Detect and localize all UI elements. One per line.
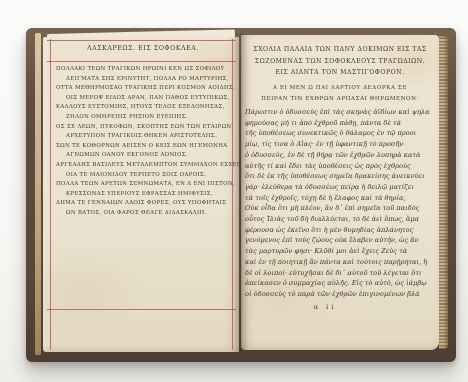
scholia-text: Πάρεστιν ὁ ὀδυσσεὺς ἐπὶ τὰς σκηνὰς ἀϊδίω… xyxy=(245,107,436,300)
scholia-line: οὗτος Ἰλιὰς τοῦ δὴ διαλλύεται, τὸ δὲ ἀεὶ… xyxy=(245,214,436,225)
poem-line: ΚΡΕΣΣΟΝΑΣ ΥΠΕΡΙΟΥΣ ΕΦΡΑΣΣΑΣ ΗΜΙΦΥΣΙΣ, xyxy=(56,190,234,200)
right-page: ΣΧΟΛΙΑ ΠΑΛΑΙΑ ΤΩΝ ΠΑΝΥ ΔΟΚΙΜΩΝ ΕΙΣ ΤΑΣΣΩ… xyxy=(241,35,439,350)
photo-backdrop: ΛΑΣΚΑΡΕΩΣ. ΕΙΣ ΣΟΦΟΚΛΕΑ. ΠΟΛΛΑΚΙ ΤΕΩΝ ΤΡ… xyxy=(0,0,468,382)
ruling-left-margin-line xyxy=(50,39,51,350)
poem-line: ΟΙΑ ΤΕ ΜΑΙΟΝΙΔΟΥ ΤΕΡΠΕΤΟ ΣΟΙΣ ΟΑΡΟΙΣ. xyxy=(56,171,234,181)
poem-line: ΑΓΝΩΜΩΝ ΟΑΝΟΥ ΕΚΓΟΝΟΣ ΑΟΝΙΟΣ. xyxy=(56,151,234,161)
poem-line: ΖΗΛΟΝ ΟΜΗΡΕΙΗΣ ΡΗΞΙΟΝ ΕΥΕΠΙΗΣ. xyxy=(56,113,234,123)
poem-line: ΠΟΛΛΑΚΙ ΤΕΩΝ ΤΡΑΓΙΚΩΝ ΗΡΩΙΝΙ ΚΕΝ ΩΣ ΣΟΦΙ… xyxy=(56,65,234,75)
poem-line: ΔΗΜΑ ΤΕ ΓΕΝΝΑΙΩΝ ΛΑΟΙΣ ΦΟΡΕΣ, ΟΥΣ ΥΠΟΦΗΤ… xyxy=(56,199,234,209)
scholia-line: δὲ οἱ λοιποί· εὐτυχῆσαι δὲ δι᾽ αὐτοῦ τοῦ… xyxy=(245,268,436,279)
poem-line: ΣΩΝ ΤΕ ΚΟΘΟΡΝΩΝ ΑΕΙΣΕΝ Ο ΚΕΙΣ ΕΩΝ ΗΓΕΜΟΝ… xyxy=(56,142,234,152)
ruling-top-line xyxy=(47,40,236,41)
scholia-line: ἀπείκασεν ὁ συμμαχίας αὐλῆς. Εἰς τὸ αὐτὸ… xyxy=(245,278,436,289)
epigram-poem: ΠΟΛΛΑΚΙ ΤΕΩΝ ΤΡΑΓΙΚΩΝ ΗΡΩΙΝΙ ΚΕΝ ΩΣ ΣΟΦΙ… xyxy=(56,65,234,219)
scholia-line: τὰ τοῖς ἐχθροῖς, τύχῃ δὲ ἡ ἔλαφος καὶ τὰ… xyxy=(245,193,436,204)
ruling-heading-line xyxy=(47,61,236,62)
signature-mark: α ii xyxy=(241,303,409,311)
scholia-title-line: ΕΙΣ ΑΙΑΝΤΑ ΤΟΝ ΜΑΣΤΙΓΟΦΟΡΟΝ. xyxy=(247,67,433,79)
lemma-line: ΠΕΙΡΑΝ ΤΙΝ ΕΧΘΡΩΝ ΑΡΠΑΣΑΙ ΘΗΡΩΜΕΝΟΝ· xyxy=(251,94,429,105)
lemma-line: Α ΕΙ ΜΕΝ Ω ΠΑΙ ΛΑΡΤΙΟΥ ΔΕΔΟΡΚΑ ΣΕ xyxy=(251,83,429,94)
scholia-line: Οὐκ οἶδα ὅτι μὴ πλέον, ἂν δ᾽ ἐπὶ σημεῖα … xyxy=(245,203,436,214)
scholia-line: γενόμενος ἐπὶ τοὺς ζῴους οὐκ ἔλαβεν αὐτή… xyxy=(245,235,436,246)
poem-line: ΠΟΛΛΑ ΤΕΩΝ ΑΡΕΤΩΝ ΣΕΜΝΩΜΑΤΑ, ΕΝ Δ ΕΝΙ ΠΙ… xyxy=(56,180,234,190)
poem-line: ΚΑΛΛΟΥΣ ΕΥΣΤΟΜΙΗΣ, ΗΤΟΥΣ ΤΕΛΟΣ ΕΞΕΔΟΝΗΣΑ… xyxy=(56,103,234,113)
book: ΛΑΣΚΑΡΕΩΣ. ΕΙΣ ΣΟΦΟΚΛΕΑ. ΠΟΛΛΑΚΙ ΤΕΩΝ ΤΡ… xyxy=(26,28,456,362)
scholia-title-line: ΣΩΖΟΜΕΝΑΣ ΤΩΝ ΣΟΦΟΚΛΕΟΥΣ ΤΡΑΓΩΔΙΩΝ. xyxy=(247,56,433,68)
scholia-line: φημούσας μή τι ἀπὸ ἐχθροῦ πάθῃ, πάντα δὲ… xyxy=(245,118,436,129)
scholia-line: ὁ ὀδυσσεύς, ἐν δὲ τῇ θήρᾳ τῶν ἐχθρῶν λυπ… xyxy=(245,150,436,161)
scholia-line: Πάρεστιν ὁ ὀδυσσεὺς ἐπὶ τὰς σκηνὰς ἀϊδίω… xyxy=(245,107,436,118)
scholia-line: γάρ· ἐλεύθερα τὰ ὀδυσσέως πείρᾳ ἡ δειλῷ … xyxy=(245,182,436,193)
poem-line: ΑΡΓΕΑΔΗΣ ΒΑΣΙΛΕΥΣ ΜΕΤΑΛΕΜΠΤΟΝ ΣΥΜΜΑΧΟΝ Ε… xyxy=(56,161,234,171)
scholia-line: οἱ ὀδυσσεὺς τὸ παρὰ τῶν ἐχθρῶν ἐπιγινομέ… xyxy=(245,289,436,300)
poem-line: ΟΣ ΣΕ ΛΕΩΝ, ΠΥΚΟΦΩΝ, ΣΚΟΠΤΗΣ ΕΩΝ ΤΩΝ ΕΤΑ… xyxy=(56,123,234,133)
poem-line: ΟΤΤΑ ΜΕΘΗΡΜΟΣΑΟ ΤΡΑΓΙΚΗΣ ΠΕΡΙ ΚΟΣΜΟΝ ΑΟΙ… xyxy=(56,84,234,94)
scholia-line: ὅτι δὲ ἐκ τῆς ὑποθέσεως σημεῖα δρακείσης… xyxy=(245,171,436,182)
scholia-line: αὐτῆς τί καὶ ἔδει τὰς ὑποθέσεις ὡς πρὸς … xyxy=(245,161,436,172)
scholia-title-line: ΣΧΟΛΙΑ ΠΑΛΑΙΑ ΤΩΝ ΠΑΝΥ ΔΟΚΙΜΩΝ ΕΙΣ ΤΑΣ xyxy=(247,44,433,56)
ruling-bottom-line xyxy=(47,309,236,310)
poem-line: ΟΙΣ ΜΕΡΟΨ ΕΙΔΟΣ ΑΡΑΝ, ΠΑΝ ΠΑΘΟΣ ΕΥΤΥΠΙΚΩ… xyxy=(56,94,234,104)
left-page-heading: ΛΑΣΚΑΡΕΩΣ. ΕΙΣ ΣΟΦΟΚΛΕΑ. xyxy=(57,45,229,52)
poem-line: ΑΡΧΕΤΥΠΟΝ ΤΡΑΓΙΚΟΙΣ ΘΗΚΕΝ ΑΡΙΣΤΟΤΕΛΗΣ. xyxy=(56,132,234,142)
fore-edge-pages xyxy=(439,36,448,349)
scholia-title: ΣΧΟΛΙΑ ΠΑΛΑΙΑ ΤΩΝ ΠΑΝΥ ΔΟΚΙΜΩΝ ΕΙΣ ΤΑΣΣΩ… xyxy=(247,44,433,79)
ajax-lemma: Α ΕΙ ΜΕΝ Ω ΠΑΙ ΛΑΡΤΙΟΥ ΔΕΔΟΡΚΑ ΣΕΠΕΙΡΑΝ … xyxy=(251,83,429,104)
scholia-line: φέρουσα ὡς ἐκεῖνο ὅτι ἡ μὲν θυμηδίας ἀπλ… xyxy=(245,225,436,236)
scholia-line: τῆς ὑποθέσεως συνεκτικῶς ὁ θάλαμος ἐν τῷ… xyxy=(245,128,436,139)
poem-line: ΔΕΙΓΜΑΤΑ ΣΗΣ ΕΡΙΝΥΤΗΤ, ΠΟΛΛΑ ΡΟ ΜΑΡΤΥΡΙΗ… xyxy=(56,75,234,85)
left-page: ΛΑΣΚΑΡΕΩΣ. ΕΙΣ ΣΟΦΟΚΛΕΑ. ΠΟΛΛΑΚΙ ΤΕΩΝ ΤΡ… xyxy=(43,37,239,352)
pages: ΛΑΣΚΑΡΕΩΣ. ΕΙΣ ΣΟΦΟΚΛΕΑ. ΠΟΛΛΑΚΙ ΤΕΩΝ ΤΡ… xyxy=(41,33,448,353)
scholia-line: τὰς μαρτυρῶν φησι· Κλῦθί μοι ἀεὶ ἔχεις Ζ… xyxy=(245,246,436,257)
poem-line: ΩΝ ΒΑΤΟΣ, ΟΙΑ ΦΑΡΟΣ ΘΕΑΓΕ ΔΙΔΑΣΚΑΛΙΗ. xyxy=(56,209,234,219)
scholia-line: μίῳ, τίς τινα ὁ Αἴας· ἐν τῇ ὑφαντικῇ τὸ … xyxy=(245,139,436,150)
scholia-line: καὶ ἐν τῇ ποιητικῇ ἂν πάντα καὶ τούτοις … xyxy=(245,257,436,268)
